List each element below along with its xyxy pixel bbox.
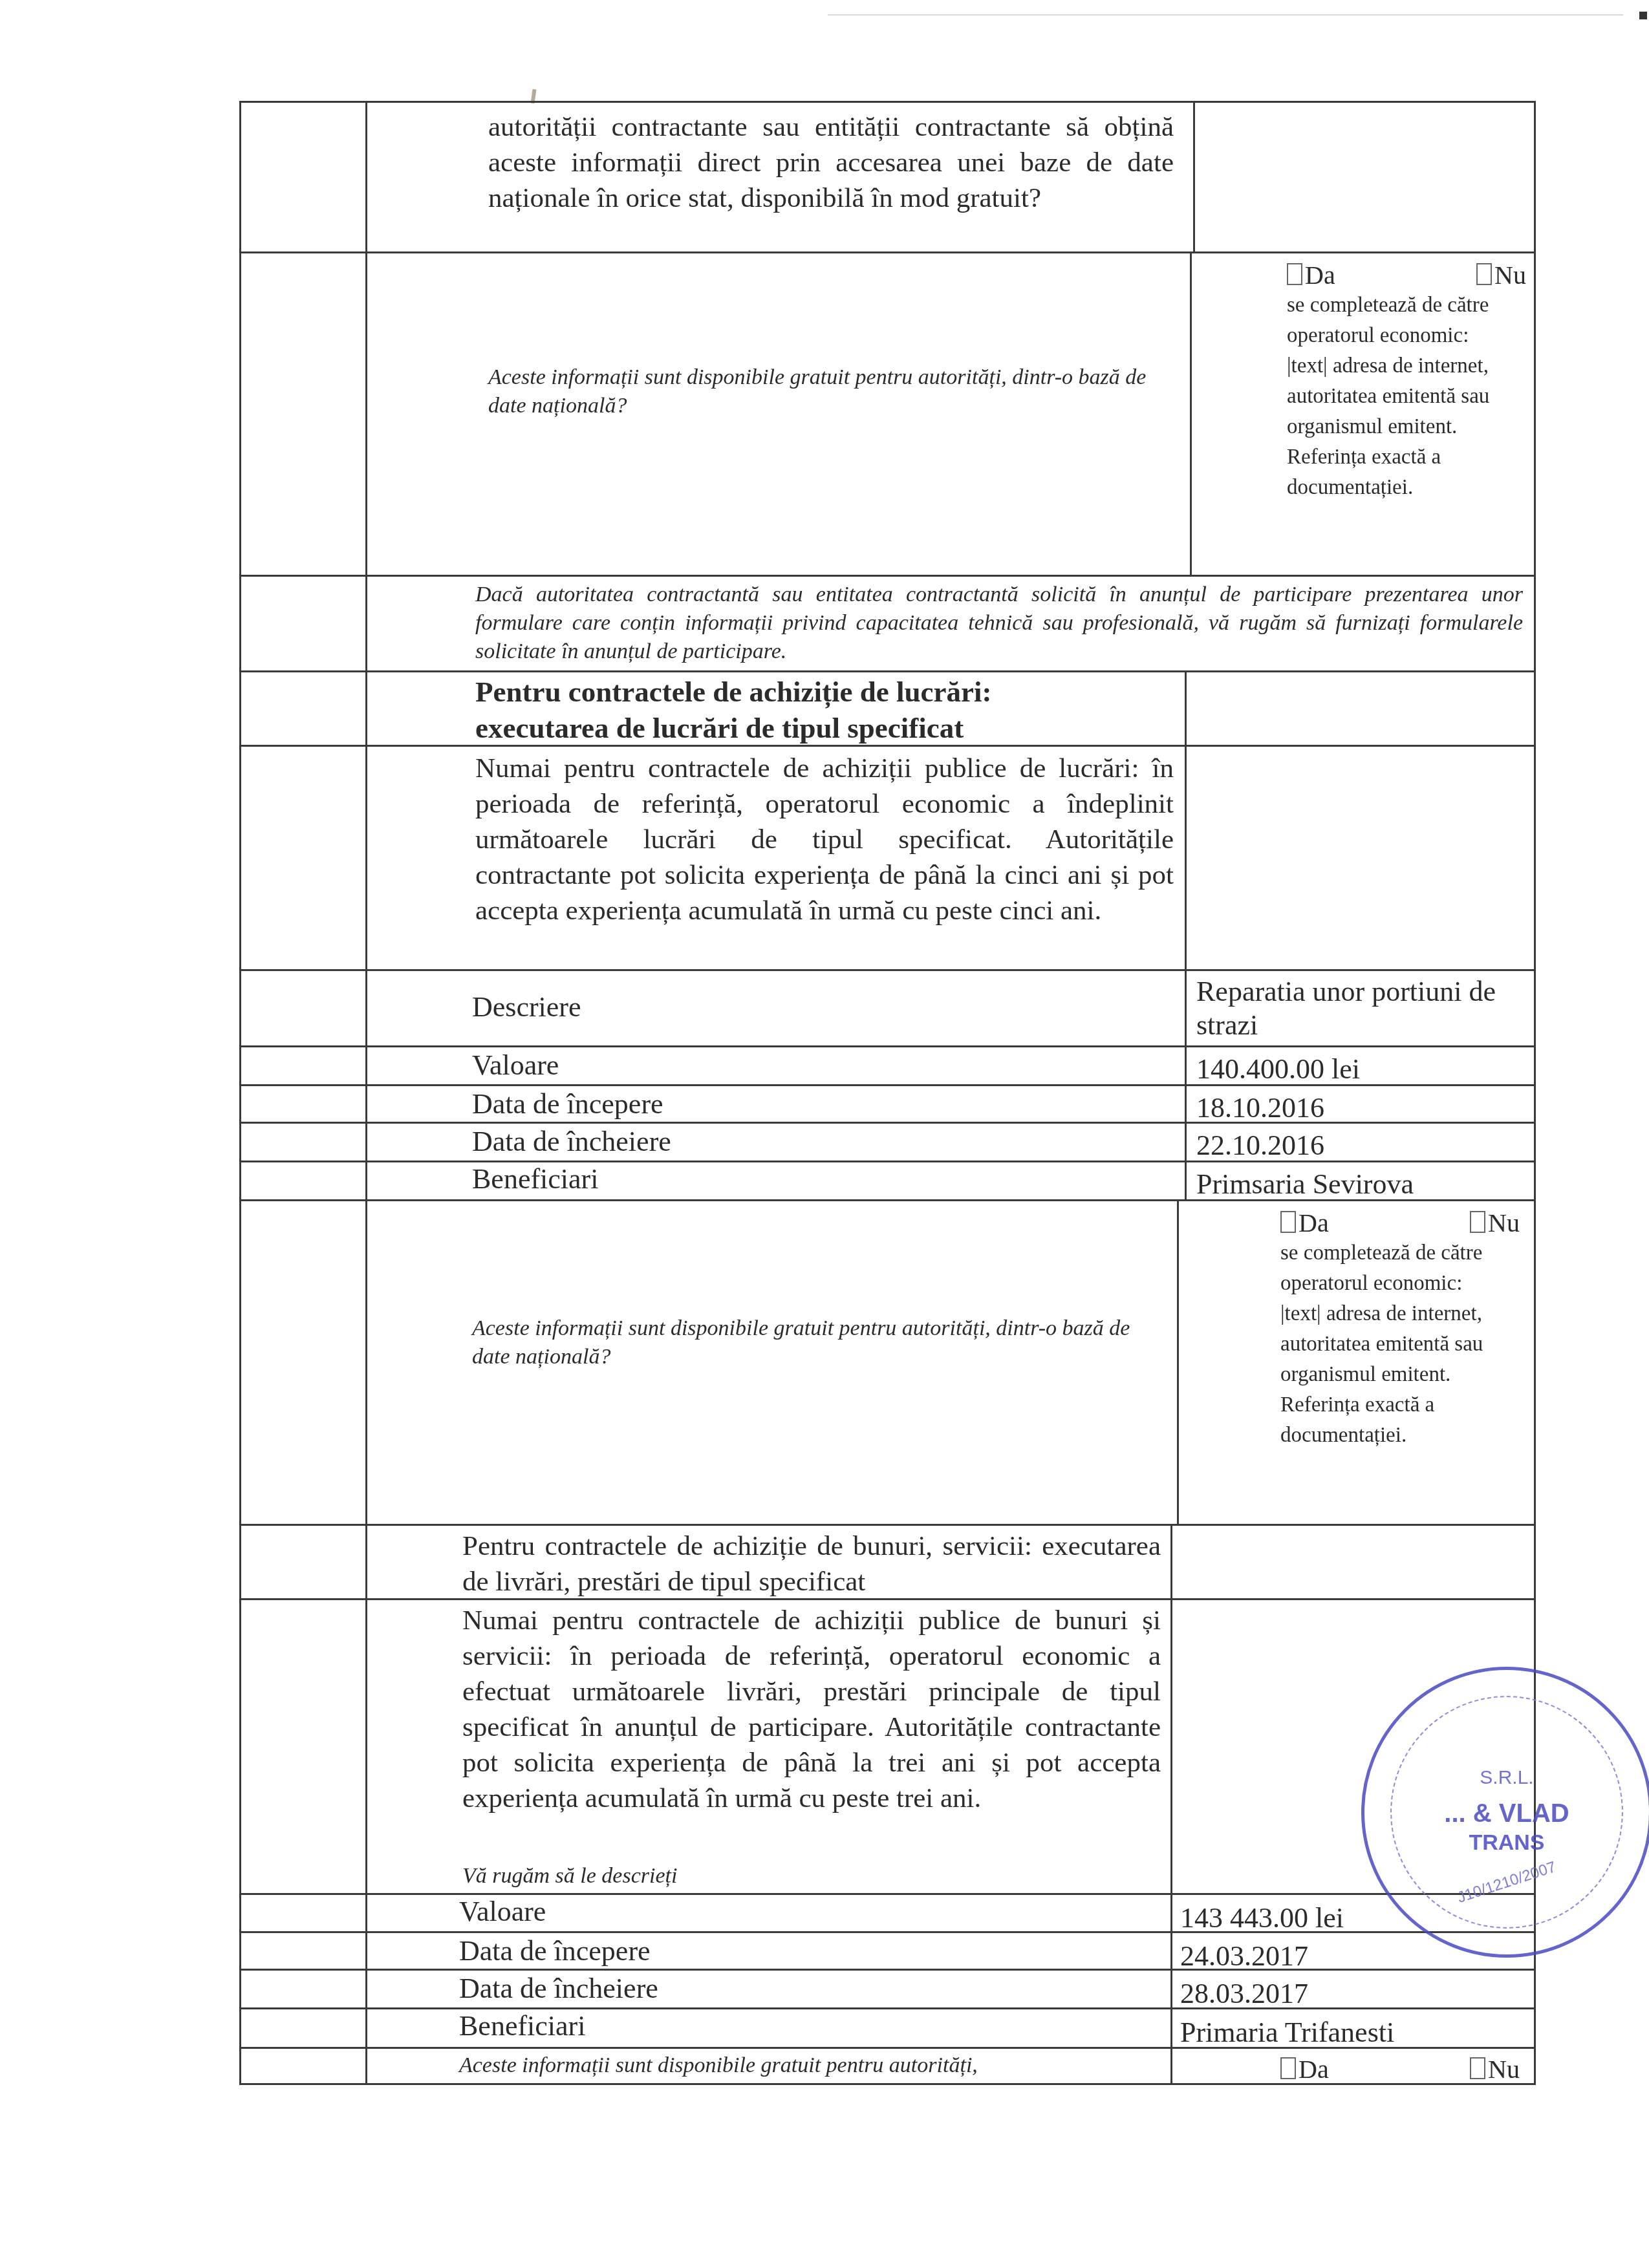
completion-note: se completează de către operatorul econo… [1280, 1238, 1494, 1451]
table-row: Aceste informații sunt disponibile gratu… [239, 1199, 1536, 1524]
describe-prompt: Vă rugăm să le descrieți [462, 1862, 677, 1890]
field-label: Valoare [459, 1895, 546, 1929]
free-info-question: Aceste informații sunt disponibile gratu… [472, 1314, 1145, 1371]
field-label: Data de încheiere [459, 1972, 658, 2006]
works-description: Numai pentru contractele de achiziții pu… [475, 751, 1174, 928]
table-row: Numai pentru contractele de achiziții pu… [239, 1598, 1536, 1893]
no-option[interactable]: Nu [1476, 260, 1526, 290]
table-row: autorității contractante sau entității c… [239, 101, 1536, 251]
field-value: 18.10.2016 [1196, 1091, 1324, 1125]
yes-option[interactable]: Da [1287, 260, 1335, 290]
field-value: 143 443.00 lei [1180, 1901, 1344, 1935]
yes-no-block: Da Nu se completează de către operatorul… [1287, 260, 1533, 503]
yes-option[interactable]: Da [1280, 1208, 1329, 1238]
free-info-question: Aceste informații sunt disponibile gratu… [488, 363, 1161, 420]
field-value: 28.03.2017 [1180, 1977, 1308, 2011]
table-row: Data de începere 24.03.2017 [239, 1931, 1536, 1969]
table-row: Valoare 143 443.00 lei [239, 1893, 1536, 1931]
field-label: Data de începere [472, 1087, 663, 1121]
table-row: Data de încheiere 28.03.2017 [239, 1969, 1536, 2007]
checkbox-icon[interactable] [1287, 263, 1302, 285]
table-row: Aceste informații sunt disponibile gratu… [239, 2047, 1536, 2085]
table-row: Data de începere 18.10.2016 [239, 1084, 1536, 1122]
goods-section-header: Pentru contractele de achiziție de bunur… [462, 1528, 1161, 1599]
field-value: 22.10.2016 [1196, 1129, 1324, 1162]
field-value: 140.400.00 lei [1196, 1053, 1360, 1086]
table-row: Valoare 140.400.00 lei [239, 1045, 1536, 1084]
yes-option[interactable]: Da [1280, 2054, 1329, 2084]
table-row: Aceste informații sunt disponibile gratu… [239, 251, 1536, 575]
field-label: Beneficiari [472, 1162, 598, 1196]
field-value: Reparatia unor portiuni de strazi [1196, 975, 1526, 1042]
table-row: Beneficiari Primsaria Sevirova [239, 1161, 1536, 1199]
field-label: Descriere [472, 990, 581, 1024]
checkbox-icon[interactable] [1280, 2057, 1296, 2079]
company-stamp: S.R.L. ... & VLAD TRANS J10/1210/2007 [1361, 1667, 1649, 1958]
checkbox-icon[interactable] [1470, 2057, 1485, 2079]
no-option[interactable]: Nu [1470, 1208, 1520, 1238]
scan-corner-mark [1639, 12, 1647, 19]
scan-edge-line [828, 14, 1623, 16]
table-row: Pentru contractele de achiziție de lucră… [239, 670, 1536, 745]
table-row: Data de încheiere 22.10.2016 [239, 1122, 1536, 1161]
field-label: Valoare [472, 1049, 559, 1082]
table-row: Numai pentru contractele de achiziții pu… [239, 745, 1536, 969]
forms-note: Dacă autoritatea contractantă sau entita… [475, 581, 1523, 666]
no-option[interactable]: Nu [1470, 2054, 1520, 2084]
yes-no-block: Da Nu [1280, 2054, 1520, 2084]
works-section-header: Pentru contractele de achiziție de lucră… [475, 674, 1057, 746]
qualification-table: autorității contractante sau entității c… [239, 101, 1536, 2085]
question-continuation: autorității contractante sau entității c… [488, 109, 1174, 216]
field-label: Beneficiari [459, 2009, 585, 2043]
field-label: Data de încheiere [472, 1125, 671, 1159]
field-value: Primsaria Sevirova [1196, 1168, 1414, 1201]
table-row: Beneficiari Primaria Trifanesti [239, 2007, 1536, 2047]
checkbox-icon[interactable] [1280, 1211, 1296, 1233]
table-row: Dacă autoritatea contractantă sau entita… [239, 575, 1536, 670]
free-info-question-truncated: Aceste informații sunt disponibile gratu… [459, 2051, 978, 2080]
yes-no-block: Da Nu se completează de către operatorul… [1280, 1208, 1526, 1451]
checkbox-icon[interactable] [1476, 263, 1492, 285]
checkbox-icon[interactable] [1470, 1211, 1485, 1233]
field-value: Primaria Trifanesti [1180, 2016, 1394, 2049]
table-row: Descriere Reparatia unor portiuni de str… [239, 969, 1536, 1045]
goods-description: Numai pentru contractele de achiziții pu… [462, 1603, 1161, 1816]
completion-note: se completează de către operatorul econo… [1287, 290, 1500, 503]
field-label: Data de începere [459, 1934, 651, 1968]
table-row: Pentru contractele de achiziție de bunur… [239, 1524, 1536, 1598]
